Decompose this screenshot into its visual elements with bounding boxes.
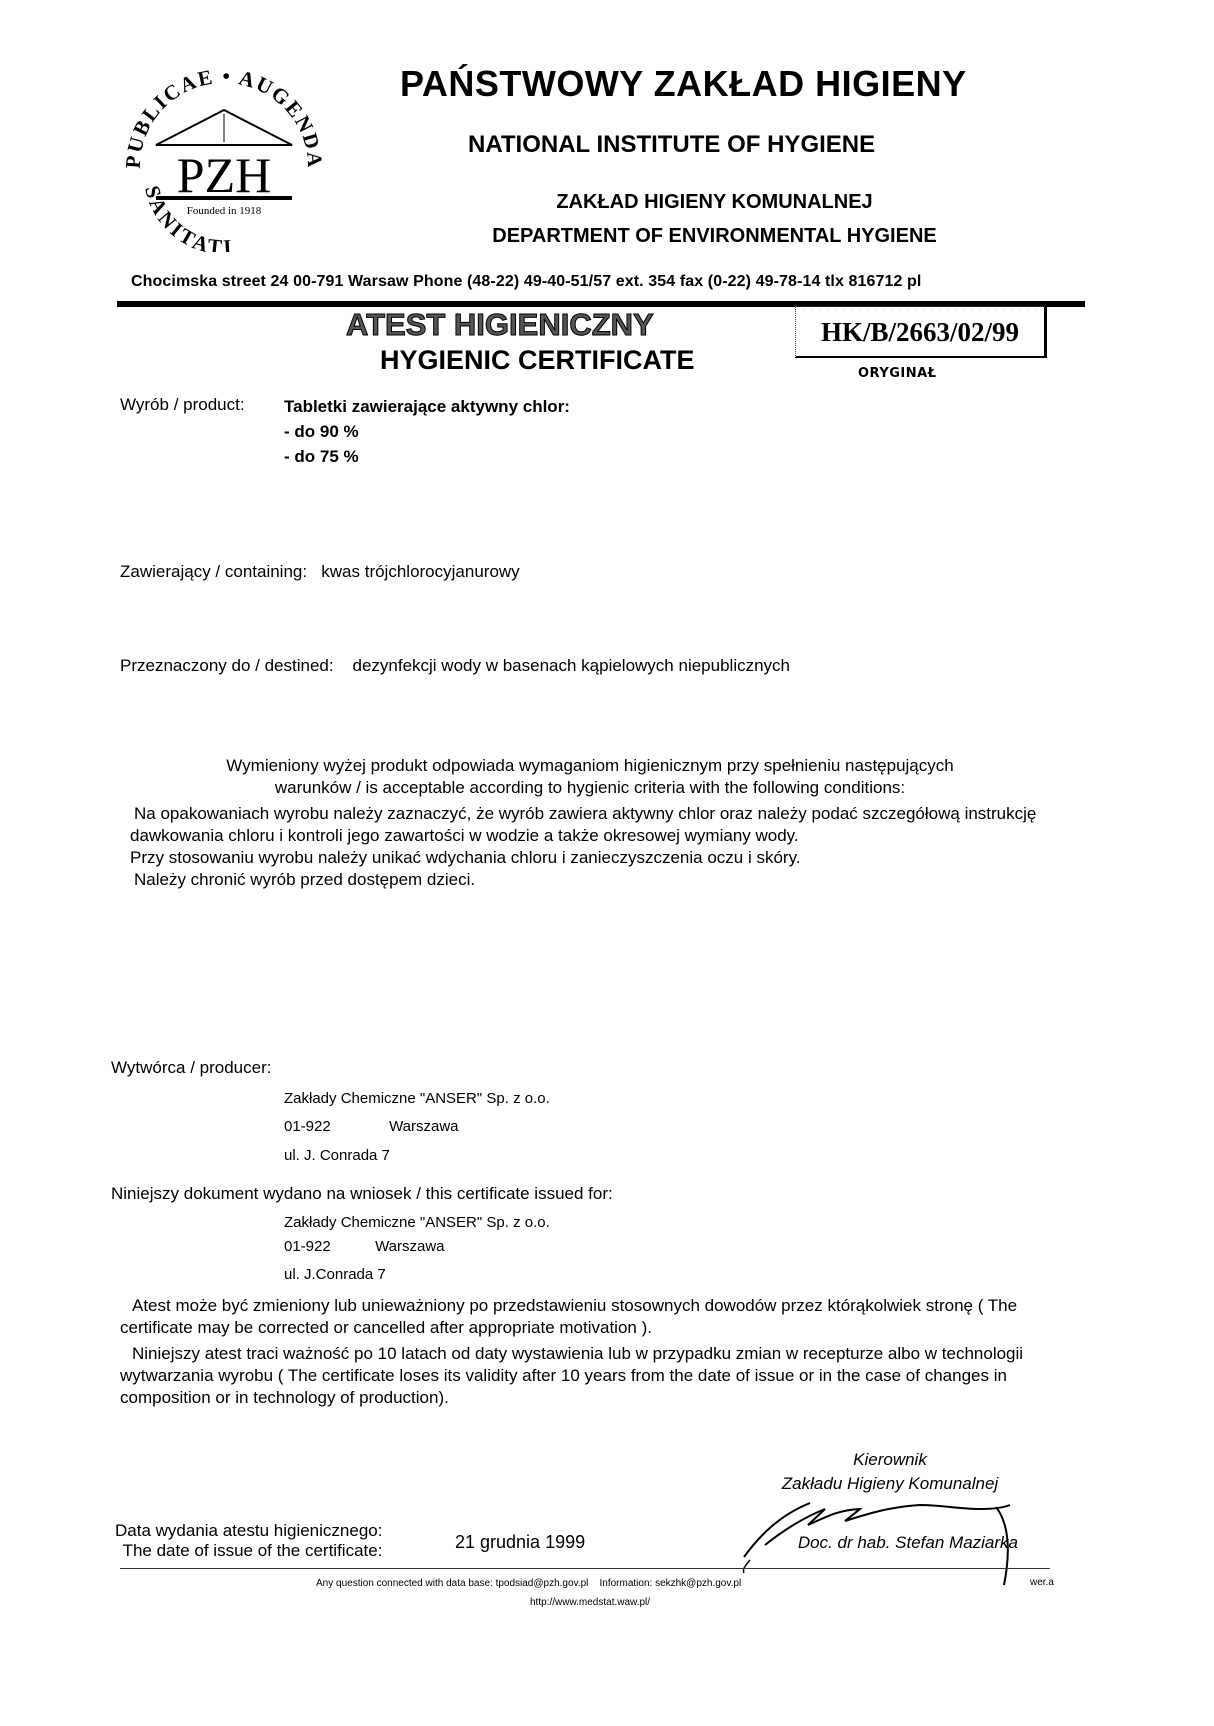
issue-date-label-pl: Data wydania atestu higienicznego: [115, 1521, 382, 1541]
condition-item: Na opakowaniach wyrobu należy zaznaczyć,… [130, 803, 1050, 847]
issue-date-value: 21 grudnia 1999 [455, 1532, 585, 1553]
product-value: Tabletki zawierające aktywny chlor: - do… [284, 394, 570, 469]
department-title-pl: ZAKŁAD HIGIENY KOMUNALNEJ [0, 191, 1214, 214]
product-variant: - do 75 % [284, 444, 570, 469]
product-label: Wyrób / product: [120, 395, 245, 415]
issue-date-labels: Data wydania atestu higienicznego: The d… [115, 1521, 382, 1561]
department-title-en: DEPARTMENT OF ENVIRONMENTAL HYGIENE [0, 225, 1214, 248]
certificate-title-en: HYGIENIC CERTIFICATE [380, 345, 695, 376]
department-pl-text: ZAKŁAD HIGIENY KOMUNALNEJ [556, 191, 872, 213]
document-version: wer.a [1030, 1577, 1054, 1588]
conditions-intro: Wymieniony wyżej produkt odpowiada wymag… [130, 755, 1050, 777]
producer-postcode: 01-922 [284, 1118, 331, 1135]
condition-item: Należy chronić wyrób przed dostępem dzie… [130, 869, 1050, 891]
certificate-number: HK/B/2663/02/99 [795, 306, 1047, 358]
institute-title-pl: PAŃSTWOWY ZAKŁAD HIGIENY [400, 63, 967, 105]
conditions-intro-en: warunków / is acceptable according to hy… [130, 777, 1050, 799]
institute-title-en: NATIONAL INSTITUTE OF HYGIENE [468, 131, 875, 159]
producer-street: ul. J. Conrada 7 [284, 1147, 390, 1164]
pzh-seal-icon: • PUBLICAE • AUGENDAE SANITATI PZH Found… [118, 62, 330, 252]
issued-for-label: Niniejszy dokument wydano na wniosek / t… [111, 1184, 613, 1204]
footer-divider [120, 1568, 1050, 1569]
producer-name: Zakłady Chemiczne "ANSER" Sp. z o.o. [284, 1090, 550, 1107]
producer-city: Warszawa [389, 1118, 458, 1135]
product-variant: - do 90 % [284, 419, 570, 444]
footer-contact: Any question connected with data base: t… [316, 1578, 741, 1589]
signatory-role-title: Kierownik [740, 1448, 1040, 1472]
issued-for-city-row: 01-922 Warszawa [284, 1238, 445, 1255]
issued-for-postcode: 01-922 [284, 1238, 331, 1255]
issued-for-city: Warszawa [375, 1238, 444, 1255]
original-stamp: ORYGINAŁ [858, 366, 937, 381]
signatory-name: Doc. dr hab. Stefan Maziarka [740, 1533, 1040, 1553]
signatory-role: Kierownik Zakładu Higieny Komunalnej [740, 1448, 1040, 1496]
institute-address: Chocimska street 24 00-791 Warsaw Phone … [131, 273, 921, 291]
department-en-text: DEPARTMENT OF ENVIRONMENTAL HYGIENE [492, 225, 936, 247]
destined-value: dezynfekcji wody w basenach kąpielowych … [352, 656, 790, 675]
destined-label: Przeznaczony do / destined: [120, 656, 334, 675]
note-paragraph: Atest może być zmieniony lub unieważnion… [120, 1295, 1040, 1339]
validity-notes: Atest może być zmieniony lub unieważnion… [120, 1295, 1040, 1413]
containing-row: Zawierający / containing: kwas trójchlor… [120, 562, 520, 582]
containing-value: kwas trójchlorocyjanurowy [321, 562, 519, 581]
conditions-block: Wymieniony wyżej produkt odpowiada wymag… [130, 755, 1050, 891]
footer-url[interactable]: http://www.medstat.waw.pl/ [530, 1597, 650, 1608]
issue-date-label-en: The date of issue of the certificate: [115, 1541, 382, 1561]
product-name: Tabletki zawierające aktywny chlor: [284, 394, 570, 419]
certificate-title-pl: ATEST HIGIENICZNY [346, 307, 654, 343]
pzh-logo: • PUBLICAE • AUGENDAE SANITATI PZH Found… [118, 62, 330, 252]
signatory-department: Zakładu Higieny Komunalnej [740, 1472, 1040, 1496]
note-paragraph: Niniejszy atest traci ważność po 10 lata… [120, 1343, 1040, 1409]
destined-row: Przeznaczony do / destined: dezynfekcji … [120, 656, 790, 676]
producer-label: Wytwórca / producer: [111, 1058, 271, 1078]
containing-label: Zawierający / containing: [120, 562, 307, 581]
producer-city-row: 01-922 Warszawa [284, 1118, 459, 1135]
issued-for-street: ul. J.Conrada 7 [284, 1266, 386, 1283]
issued-for-name: Zakłady Chemiczne "ANSER" Sp. z o.o. [284, 1214, 550, 1231]
condition-item: Przy stosowaniu wyrobu należy unikać wdy… [130, 847, 1050, 869]
